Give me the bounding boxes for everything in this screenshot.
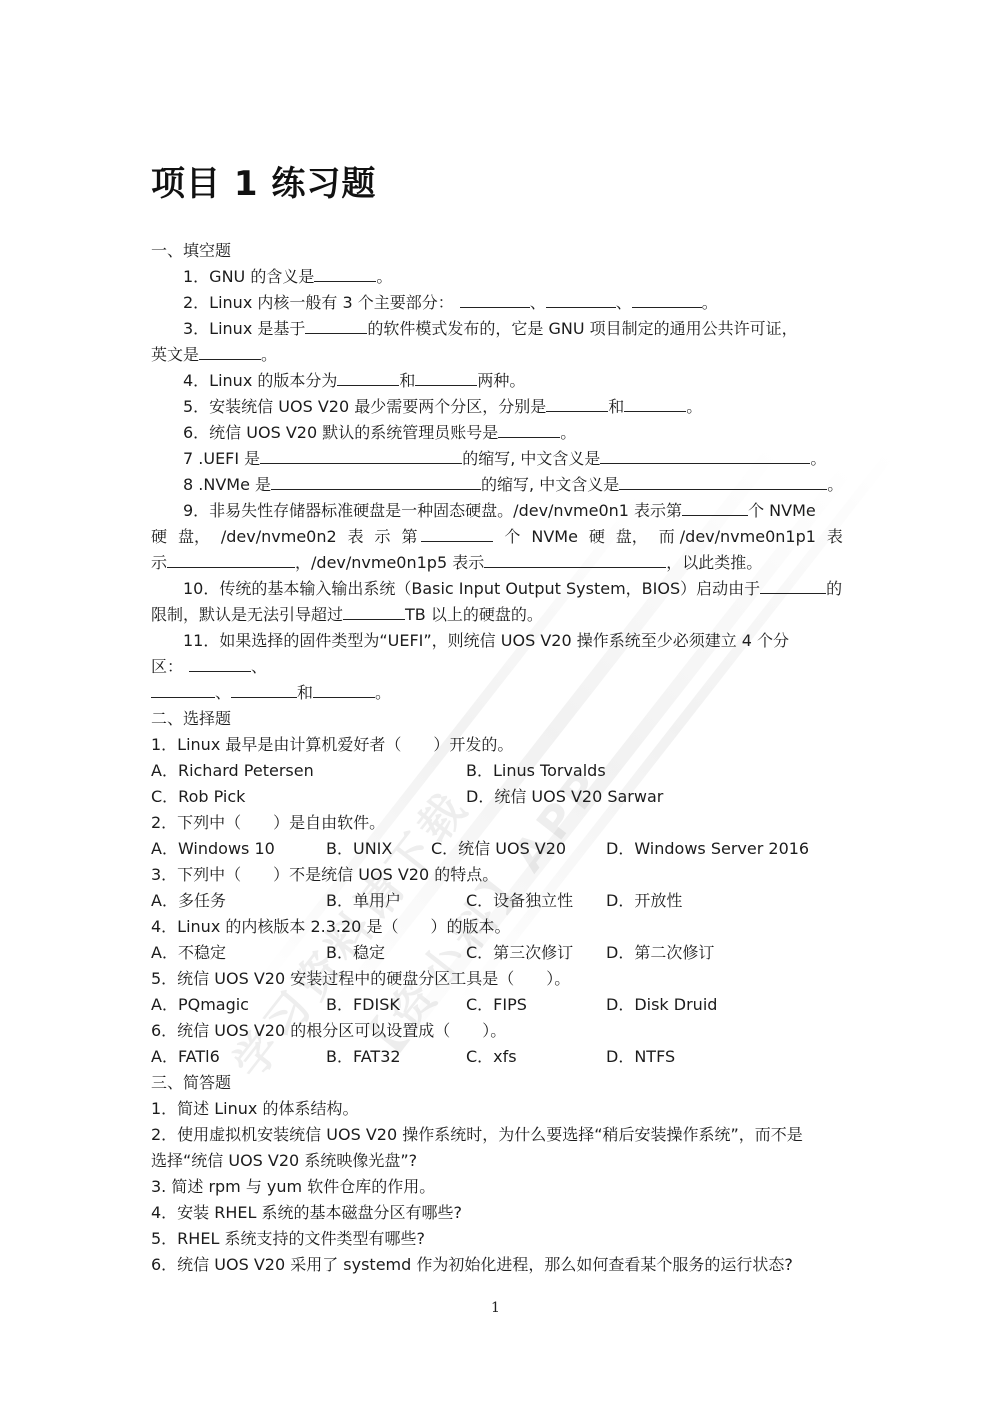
q-text: 。 (261, 345, 277, 364)
choice-q3-option-b[interactable]: B．单用户 (326, 890, 401, 912)
answer-blank[interactable] (167, 552, 295, 568)
choice-q5-option-a[interactable]: A．PQmagic (151, 994, 249, 1016)
fill-q7: 7 .UEFI 是的缩写, 中文含义是。 (183, 448, 826, 470)
q-text: 、 (616, 293, 632, 312)
q-text: NVMe (531, 526, 578, 548)
answer-blank[interactable] (199, 344, 261, 360)
document-page: 学习资料请下载 【资小料】APP 项目 1 练习题 一、填空题 1．GNU 的含… (0, 0, 993, 1404)
answer-blank[interactable] (189, 656, 251, 672)
q-text: 。 (827, 475, 843, 494)
fill-q3-cont: 英文是。 (151, 344, 277, 366)
answer-blank[interactable] (619, 474, 827, 490)
section-heading-choice: 二、选择题 (151, 708, 231, 730)
choice-q6: 6．统信 UOS V20 的根分区可以设置成（ ）。 (151, 1020, 506, 1042)
choice-q2-option-c[interactable]: C．统信 UOS V20 (431, 838, 566, 860)
q-text: 限制，默认是无法引导超过 (151, 605, 343, 624)
fill-q11-line3: 、和。 (151, 682, 391, 704)
q-text: 9．非易失性存储器标准硬盘是一种固态硬盘。/dev/nvme0n1 表示第 (183, 501, 682, 520)
q-text: 而 /dev/nvme0n1p1 (659, 526, 816, 548)
answer-blank[interactable] (546, 396, 608, 412)
short-q2: 2．使用虚拟机安装统信 UOS V20 操作系统时，为什么要选择“稍后安装操作系… (151, 1124, 803, 1146)
fill-q11-line2: 区：、 (151, 656, 267, 678)
q-text: 。 (686, 397, 702, 416)
choice-q1-option-d[interactable]: D．统信 UOS V20 Sarwar (466, 786, 663, 808)
q-text: 7 .UEFI 是 (183, 449, 260, 468)
choice-q4-option-b[interactable]: B．稳定 (326, 942, 385, 964)
choice-q1-option-c[interactable]: C．Rob Pick (151, 786, 245, 808)
choice-q6-option-a[interactable]: A．FATl6 (151, 1046, 220, 1068)
q-text: 11．如果选择的固件类型为“UEFI”，则统信 UOS V20 操作系统至少必须… (183, 631, 789, 650)
answer-blank[interactable] (682, 500, 748, 516)
choice-q4: 4．Linux 的内核版本 2.3.20 是（ ）的版本。 (151, 916, 510, 938)
page-number: 1 (491, 1300, 500, 1316)
choice-q3-option-a[interactable]: A．多任务 (151, 890, 226, 912)
q-text: 4．Linux 的版本分为 (183, 371, 337, 390)
q-text: 1．GNU 的含义是 (183, 267, 314, 286)
choice-q1-option-b[interactable]: B．Linus Torvalds (466, 760, 606, 782)
choice-q6-option-d[interactable]: D．NTFS (606, 1046, 675, 1068)
choice-q4-option-d[interactable]: D．第二次修订 (606, 942, 714, 964)
answer-blank[interactable] (600, 448, 810, 464)
short-q5: 5．RHEL 系统支持的文件类型有哪些? (151, 1228, 425, 1250)
q-text: 的缩写, 中文含义是 (462, 449, 600, 468)
fill-q9: 9．非易失性存储器标准硬盘是一种固态硬盘。/dev/nvme0n1 表示第个 N… (183, 500, 816, 522)
answer-blank[interactable] (343, 604, 405, 620)
q-text: 。 (560, 423, 576, 442)
answer-blank[interactable] (337, 370, 399, 386)
choice-q3-option-c[interactable]: C．设备独立性 (466, 890, 573, 912)
q-text: 的 (826, 579, 842, 598)
q-text: 8 .NVMe 是 (183, 475, 271, 494)
choice-q5-option-c[interactable]: C．FIPS (466, 994, 527, 1016)
q-text: 10．传统的基本输入输出系统（Basic Input Output System… (183, 579, 760, 598)
answer-blank[interactable] (460, 292, 530, 308)
q-text: 表 (827, 526, 843, 548)
fill-q3: 3．Linux 是基于的软件模式发布的，它是 GNU 项目制定的通用公共许可证， (183, 318, 798, 340)
fill-q5: 5．安装统信 UOS V20 最少需要两个分区，分别是和。 (183, 396, 702, 418)
answer-blank[interactable] (632, 292, 702, 308)
q-text: 5．安装统信 UOS V20 最少需要两个分区，分别是 (183, 397, 546, 416)
choice-q4-option-a[interactable]: A．不稳定 (151, 942, 226, 964)
fill-q9-line2: 硬 盘， /dev/nvme0n2 表 示 第 个 NVMe 硬 盘， 而 /d… (151, 526, 843, 548)
q-text: /dev/nvme0n2 (221, 526, 337, 548)
short-q6: 6．统信 UOS V20 采用了 systemd 作为初始化进程，那么如何查看某… (151, 1254, 793, 1276)
q-text: 硬 (151, 526, 167, 548)
choice-q1-option-a[interactable]: A．Richard Petersen (151, 760, 314, 782)
q-text: 、 (530, 293, 546, 312)
short-q2-cont: 选择“统信 UOS V20 系统映像光盘”? (151, 1150, 417, 1172)
short-q4: 4．安装 RHEL 系统的基本磁盘分区有哪些? (151, 1202, 462, 1224)
choice-q2-option-a[interactable]: A．Windows 10 (151, 838, 275, 860)
section-heading-fill: 一、填空题 (151, 240, 231, 262)
q-text: 。 (702, 293, 718, 312)
watermark: 学习资料请下载 【资小料】APP (0, 0, 993, 1404)
choice-q5-option-d[interactable]: D．Disk Druid (606, 994, 717, 1016)
q-text: ，以此类推。 (666, 553, 762, 572)
fill-q10-cont: 限制，默认是无法引导超过TB 以上的硬盘的。 (151, 604, 543, 626)
q-text: 。 (376, 267, 392, 286)
answer-blank[interactable] (498, 422, 560, 438)
answer-blank[interactable] (151, 682, 215, 698)
fill-q8: 8 .NVMe 是的缩写, 中文含义是。 (183, 474, 843, 496)
answer-blank[interactable] (484, 552, 666, 568)
answer-blank[interactable] (231, 682, 297, 698)
answer-blank[interactable] (313, 682, 375, 698)
choice-q2-option-b[interactable]: B．UNIX (326, 838, 392, 860)
answer-blank[interactable] (546, 292, 616, 308)
q-text: 示 (375, 526, 391, 548)
answer-blank[interactable] (305, 318, 367, 334)
q-text: 表 (348, 526, 364, 548)
q-text: 盘， (178, 526, 210, 548)
q-text: 。 (810, 449, 826, 468)
choice-q1: 1．Linux 最早是由计算机爱好者（ ）开发的。 (151, 734, 513, 756)
q-text: 和 (297, 683, 313, 702)
q-text: 、 (251, 657, 267, 676)
q-text: 的缩写, 中文含义是 (481, 475, 619, 494)
q-text: 两种。 (477, 371, 525, 390)
q-text: 2．Linux 内核一般有 3 个主要部分： (183, 293, 454, 312)
section-heading-short: 三、简答题 (151, 1072, 231, 1094)
q-text: 、 (215, 683, 231, 702)
answer-blank[interactable] (415, 370, 477, 386)
q-text: 个 (504, 526, 520, 548)
q-text: 示 (151, 553, 167, 572)
q-text: 3．Linux 是基于 (183, 319, 305, 338)
q-text: 盘， (616, 526, 648, 548)
answer-blank[interactable] (760, 578, 826, 594)
short-q3: 3. 简述 rpm 与 yum 软件仓库的作用。 (151, 1176, 435, 1198)
fill-q6: 6．统信 UOS V20 默认的系统管理员账号是。 (183, 422, 576, 444)
answer-blank[interactable] (624, 396, 686, 412)
short-q1: 1．简述 Linux 的体系结构。 (151, 1098, 358, 1120)
q-text: 区： (151, 657, 183, 676)
q-text: 第 (401, 527, 417, 546)
choice-q3: 3．下列中（ ）不是统信 UOS V20 的特点。 (151, 864, 498, 886)
answer-blank[interactable] (314, 266, 376, 282)
q-text: TB 以上的硬盘的。 (405, 605, 543, 624)
choice-q3-option-d[interactable]: D．开放性 (606, 890, 682, 912)
choice-q5-option-b[interactable]: B．FDISK (326, 994, 400, 1016)
fill-q10: 10．传统的基本输入输出系统（Basic Input Output System… (183, 578, 842, 600)
q-text: 个 NVMe (748, 501, 816, 520)
q-text: 。 (375, 683, 391, 702)
q-text: 6．统信 UOS V20 默认的系统管理员账号是 (183, 423, 498, 442)
q-text: 和 (399, 371, 415, 390)
answer-blank[interactable] (260, 448, 462, 464)
fill-q9-line3: 示，/dev/nvme0n1p5 表示，以此类推。 (151, 552, 762, 574)
q-text: 硬 (589, 526, 605, 548)
choice-q4-option-c[interactable]: C．第三次修订 (466, 942, 573, 964)
q-text: 英文是 (151, 345, 199, 364)
q-text: 的软件模式发布的，它是 GNU 项目制定的通用公共许可证， (367, 319, 797, 338)
choice-q2: 2．下列中（ ）是自由软件。 (151, 812, 385, 834)
choice-q6-option-b[interactable]: B．FAT32 (326, 1046, 401, 1068)
answer-blank[interactable] (421, 526, 493, 542)
page-title: 项目 1 练习题 (151, 156, 376, 205)
fill-q11: 11．如果选择的固件类型为“UEFI”，则统信 UOS V20 操作系统至少必须… (183, 630, 789, 652)
q-text: ，/dev/nvme0n1p5 表示 (295, 553, 484, 572)
answer-blank[interactable] (271, 474, 481, 490)
choice-q6-option-c[interactable]: C．xfs (466, 1046, 517, 1068)
choice-q5: 5．统信 UOS V20 安装过程中的硬盘分区工具是（ ）。 (151, 968, 570, 990)
fill-q4: 4．Linux 的版本分为和两种。 (183, 370, 525, 392)
choice-q2-option-d[interactable]: D．Windows Server 2016 (606, 838, 809, 860)
fill-q1: 1．GNU 的含义是。 (183, 266, 392, 288)
q-text: 和 (608, 397, 624, 416)
fill-q2: 2．Linux 内核一般有 3 个主要部分：、、。 (183, 292, 718, 314)
